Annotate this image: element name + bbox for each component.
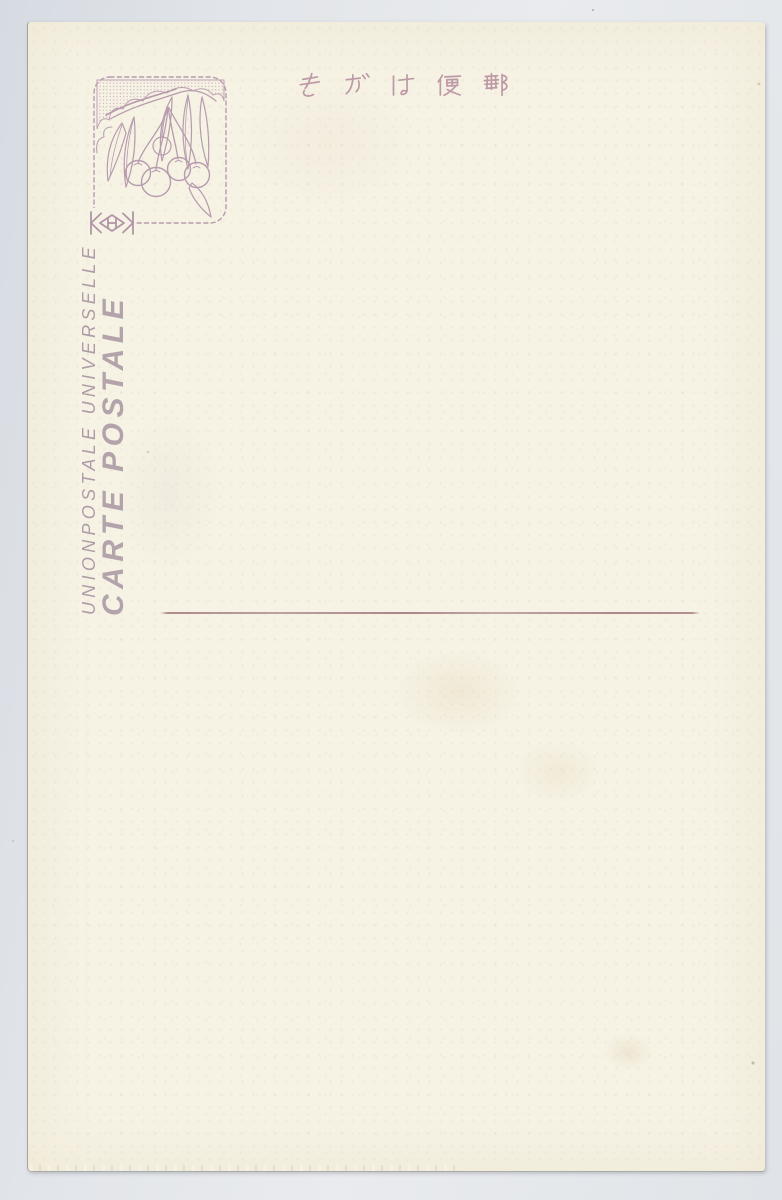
dust-speck <box>12 840 14 842</box>
postcard: きがは便郵 <box>28 22 765 1171</box>
carte-postale-side-text: CARTE POSTALE <box>99 294 128 616</box>
postcard-header-text: きがは便郵 <box>295 71 521 101</box>
japanese-heading-glyphs <box>295 71 521 101</box>
dust-speck <box>592 9 594 11</box>
upu-side-text: UNIONPOSTALE UNIVERSELLE <box>81 243 98 615</box>
scanner-background: きがは便郵 <box>0 0 782 1200</box>
cherry-branch-illustration <box>92 75 228 225</box>
khh-monogram-icon: KHH <box>88 208 136 238</box>
address-divider-line <box>160 612 700 614</box>
stamp-box <box>92 75 228 225</box>
